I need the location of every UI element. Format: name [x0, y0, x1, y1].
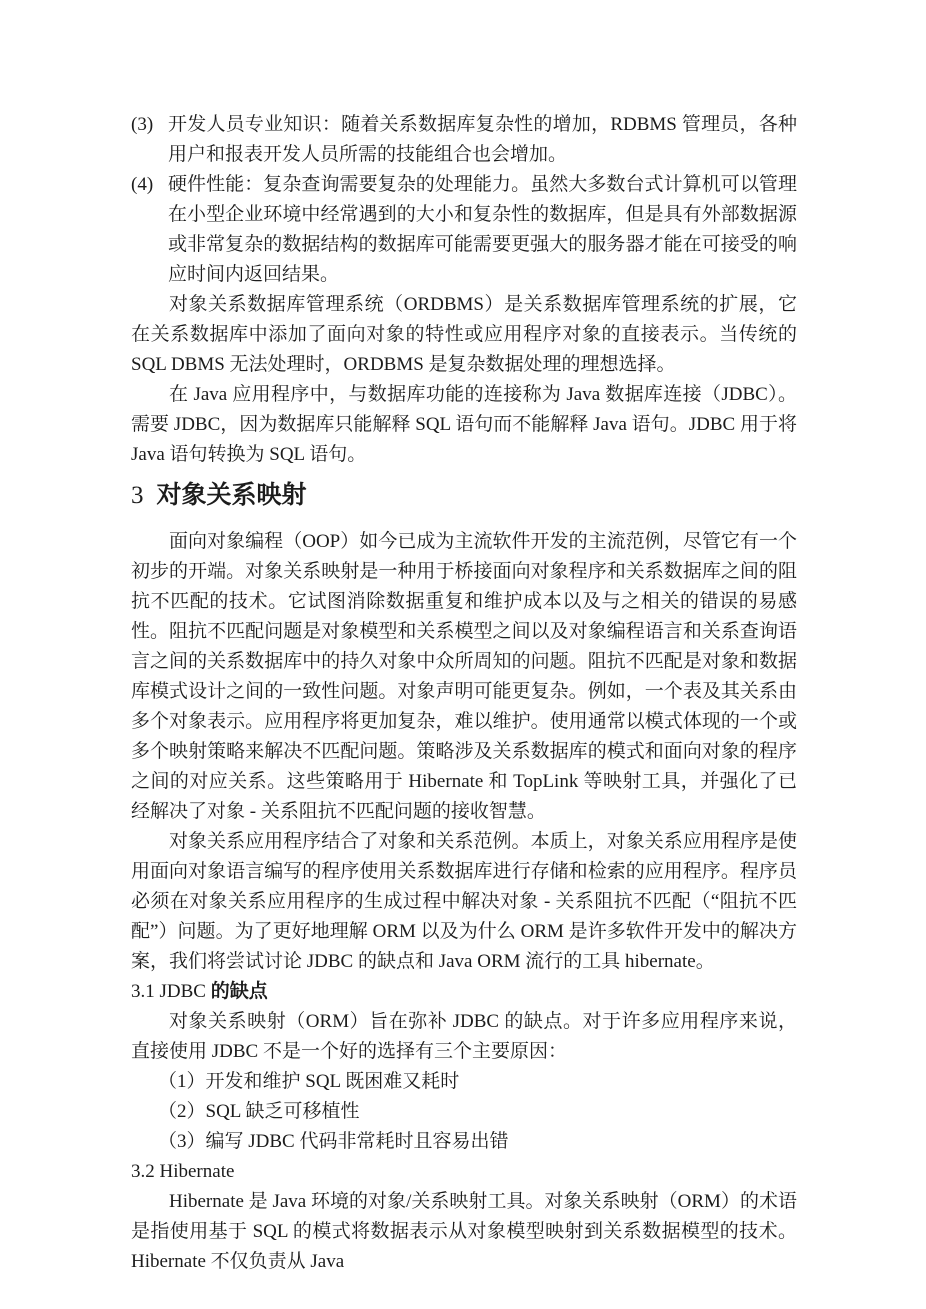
reason-item-2: （2）SQL 缺乏可移植性 [131, 1097, 797, 1127]
subsection-heading-3-2: 3.2 Hibernate [131, 1157, 797, 1187]
section-title: 对象关系映射 [157, 481, 307, 509]
paragraph-ordbms: 对象关系数据库管理系统（ORDBMS）是关系数据库管理系统的扩展，它在关系数据库… [131, 290, 797, 380]
list-item-marker: (4) [131, 170, 153, 200]
section-number: 3 [131, 482, 144, 509]
numbered-list-item-3: (3)开发人员专业知识：随着关系数据库复杂性的增加，RDBMS 管理员，各种用户… [131, 110, 797, 170]
section-heading-3: 3对象关系映射 [131, 478, 797, 513]
list-item-text: 硬件性能：复杂查询需要复杂的处理能力。虽然大多数台式计算机可以管理在小型企业环境… [168, 174, 797, 285]
paragraph-or-applications: 对象关系应用程序结合了对象和关系范例。本质上，对象关系应用程序是使用面向对象语言… [131, 827, 797, 977]
subsection-title: 的缺点 [211, 981, 268, 1002]
paragraph-jdbc-intro: 在 Java 应用程序中，与数据库功能的连接称为 Java 数据库连接（JDBC… [131, 380, 797, 470]
reason-item-1: （1）开发和维护 SQL 既困难又耗时 [131, 1067, 797, 1097]
paragraph-orm-shortcomings: 对象关系映射（ORM）旨在弥补 JDBC 的缺点。对于许多应用程序来说，直接使用… [131, 1007, 797, 1067]
list-item-text: 开发人员专业知识：随着关系数据库复杂性的增加，RDBMS 管理员，各种用户和报表… [168, 114, 797, 165]
paragraph-hibernate: Hibernate 是 Java 环境的对象/关系映射工具。对象关系映射（ORM… [131, 1187, 797, 1277]
list-item-marker: (3) [131, 110, 153, 140]
subsection-number: 3.2 Hibernate [131, 1161, 234, 1182]
document-page: (3)开发人员专业知识：随着关系数据库复杂性的增加，RDBMS 管理员，各种用户… [0, 0, 926, 1309]
paragraph-oop: 面向对象编程（OOP）如今已成为主流软件开发的主流范例，尽管它有一个初步的开端。… [131, 527, 797, 827]
subsection-number: 3.1 JDBC [131, 981, 211, 1002]
numbered-list-item-4: (4)硬件性能：复杂查询需要复杂的处理能力。虽然大多数台式计算机可以管理在小型企… [131, 170, 797, 290]
reason-item-3: （3）编写 JDBC 代码非常耗时且容易出错 [131, 1127, 797, 1157]
subsection-heading-3-1: 3.1 JDBC 的缺点 [131, 977, 797, 1007]
